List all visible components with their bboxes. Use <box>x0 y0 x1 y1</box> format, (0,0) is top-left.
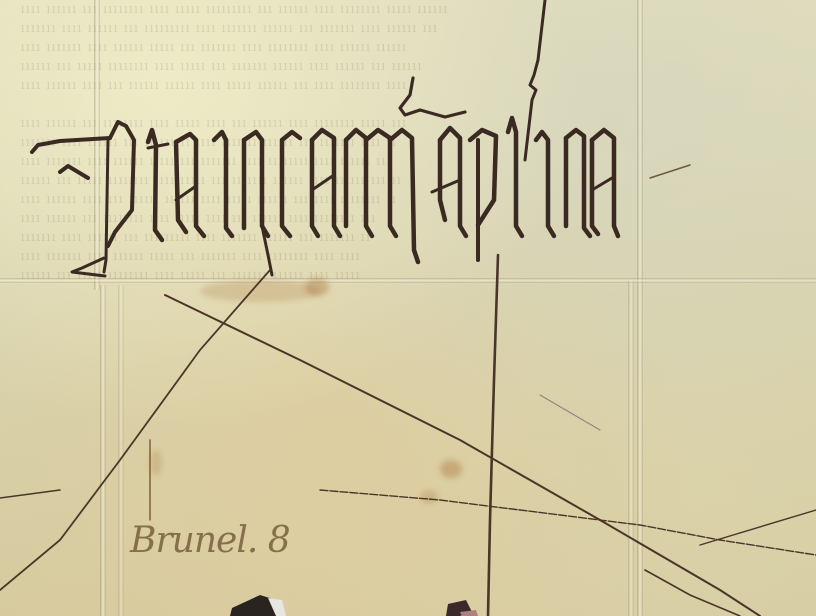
parchment-document: ıııı ıııııı ııı ıııııııı ıııı ııııı ıııı… <box>0 0 816 616</box>
signature-brunel: Brunel. 8 <box>130 520 290 561</box>
ink-strokes <box>0 0 816 616</box>
